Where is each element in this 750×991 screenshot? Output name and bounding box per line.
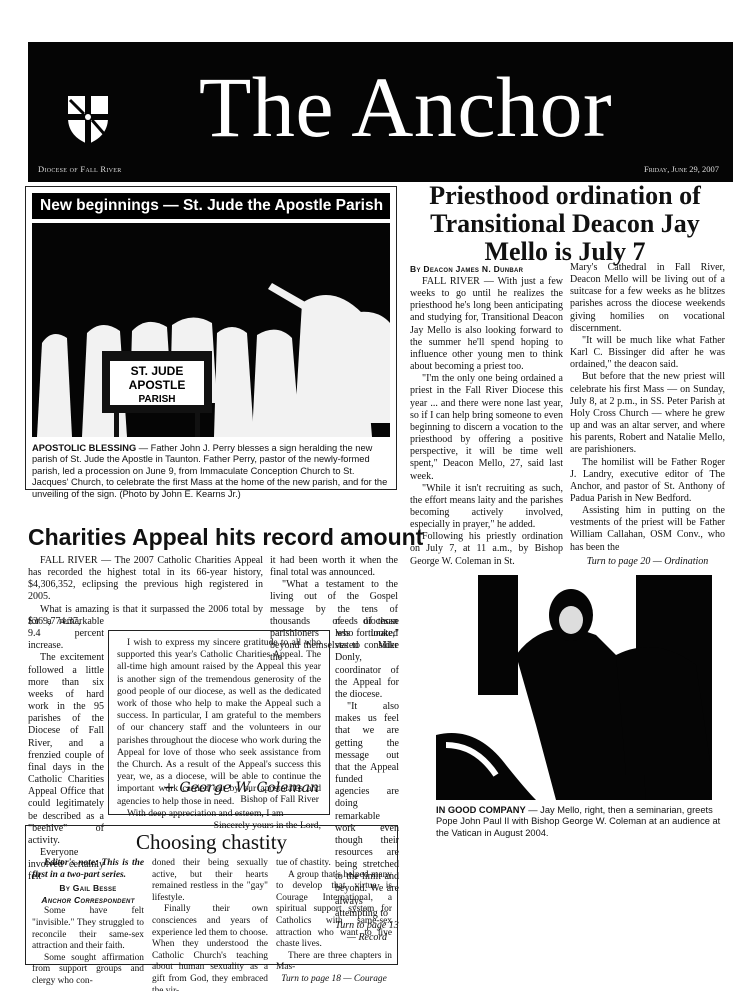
vatican-audience-image [436,575,712,800]
masthead: The Anchor Diocese of Fall River Friday,… [28,42,733,182]
photo-feature: New beginnings — St. Jude the Apostle Pa… [25,186,397,490]
chastity-article: Choosing chastity Editor's note: This is… [25,825,398,965]
diocese-label: Diocese of Fall River [38,164,122,174]
svg-text:ST. JUDE: ST. JUDE [131,364,184,378]
charities-headline: Charities Appeal hits record amount [28,524,398,550]
issue-date: Friday, June 29, 2007 [644,164,719,174]
photo-banner: New beginnings — St. Jude the Apostle Pa… [32,193,390,219]
photo2-caption: IN GOOD COMPANY — Jay Mello, right, then… [436,805,726,839]
newspaper-title: The Anchor [28,42,733,150]
ordination-byline: By Deacon James N. Dunbar [410,264,523,274]
procession-photo-image: ST. JUDE APOSTLE PARISH [32,223,390,437]
bishop-letter: I wish to express my sincere gratitude t… [108,630,330,815]
ordination-headline: Priesthood ordination of Transitional De… [405,182,725,266]
vatican-audience-photo [436,575,712,800]
chastity-headline: Choosing chastity [26,830,397,854]
ordination-column-1: FALL RIVER — With just a few weeks to go… [410,276,563,568]
procession-photo: ST. JUDE APOSTLE PARISH [32,223,390,437]
chastity-column-1: Editor's note: This is the first in a tw… [32,858,144,988]
svg-text:PARISH: PARISH [138,394,175,405]
chastity-jump-link[interactable]: Turn to page 18 — Courage [276,974,392,986]
svg-text:APOSTLE: APOSTLE [129,378,186,392]
chastity-column-3: tue of chastity. A group that's helped m… [276,858,392,986]
signature: + George W. Coleman [163,782,319,794]
chastity-column-2: doned their being sexually active, but t… [152,858,268,991]
photo-caption: APOSTOLIC BLESSING — Father John J. Perr… [32,443,392,500]
ordination-jump-link[interactable]: Turn to page 20 — Ordination [570,556,725,568]
bishop-signature-block: + George W. Coleman Bishop of Fall River [163,782,319,806]
ordination-column-2: Mary's Cathedral in Fall River, Deacon M… [570,262,725,568]
